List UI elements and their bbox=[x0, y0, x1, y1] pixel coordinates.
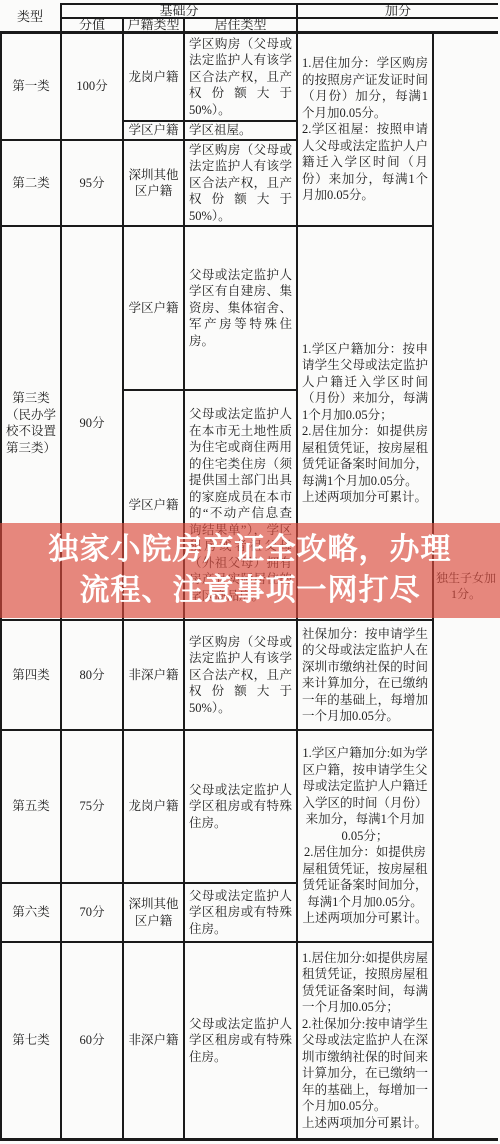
score-cell: 80分 bbox=[61, 620, 123, 730]
category-cell: 第四类 bbox=[0, 620, 61, 730]
category-cell: 第六类 bbox=[0, 883, 61, 942]
header-bonus-group: 加分 bbox=[297, 3, 498, 18]
hukou-cell: 学区户籍 bbox=[123, 226, 184, 390]
hukou-cell: 深圳其他区户籍 bbox=[123, 140, 184, 226]
hukou-cell: 龙岗户籍 bbox=[123, 730, 184, 883]
header-bonus-sub bbox=[297, 18, 498, 33]
residence-cell: 父母或法定监护人学区租房或有特殊住房。 bbox=[184, 730, 297, 883]
header-base-score-group: 基础分 bbox=[61, 3, 297, 18]
score-table-page: 类型 基础分 加分 分值 户籍类型 居住类型 第一类 100分 龙岗户籍 学区购… bbox=[0, 0, 500, 1144]
hukou-cell: 龙岗户籍 bbox=[123, 33, 184, 121]
residence-cell: 学区祖屋。 bbox=[184, 121, 297, 140]
header-score: 分值 bbox=[61, 18, 123, 33]
score-cell: 100分 bbox=[61, 33, 123, 140]
bonus-cell: 1.居住加分:如提供房屋租赁凭证，按照房屋租赁凭证备案时间，每满一个月加0.05… bbox=[297, 942, 433, 1141]
promo-banner-line2: 流程、注意事项一网打尽 bbox=[80, 573, 421, 609]
residence-cell: 父母或法定监护人学区租房或有特殊住房。 bbox=[184, 883, 297, 942]
category-cell: 第五类 bbox=[0, 730, 61, 883]
residence-cell: 学区购房（父母或法定监护人有该学区合法产权，且产权份额大于50%）。 bbox=[184, 620, 297, 730]
hukou-cell: 深圳其他区户籍 bbox=[123, 883, 184, 942]
promo-banner-line1: 独家小院房产证全攻略，办理 bbox=[49, 532, 452, 568]
category-cell: 第二类 bbox=[0, 140, 61, 226]
score-cell: 70分 bbox=[61, 883, 123, 942]
score-cell: 75分 bbox=[61, 730, 123, 883]
hukou-cell: 非深户籍 bbox=[123, 942, 184, 1141]
header-type: 类型 bbox=[0, 3, 61, 33]
score-cell: 95分 bbox=[61, 140, 123, 226]
bonus-cell: 1.学区户籍加分:如为学区户籍，按申请学生父母或法定监护人户籍迁入学区的时间（月… bbox=[297, 730, 433, 942]
hukou-cell: 学区户籍 bbox=[123, 121, 184, 140]
bonus-cell: 1.居住加分：学区购房的按照房产证发证时间（月份）加分，每满1个月加0.05分。… bbox=[297, 33, 433, 226]
header-residence-type: 居住类型 bbox=[184, 18, 297, 33]
score-cell: 60分 bbox=[61, 942, 123, 1141]
bonus-cell: 社保加分：按申请学生的父母或法定监护人在深圳市缴纳社保的时间来计算加分，在已缴纳… bbox=[297, 620, 433, 730]
promo-banner: 独家小院房产证全攻略，办理 流程、注意事项一网打尽 bbox=[0, 523, 500, 618]
residence-cell: 父母或法定监护人学区租房或有特殊住房。 bbox=[184, 942, 297, 1141]
header-hukou-type: 户籍类型 bbox=[123, 18, 184, 33]
hukou-cell: 非深户籍 bbox=[123, 620, 184, 730]
residence-cell: 父母或法定监护人学区有自建房、集资房、集体宿舍、军产房等特殊住房。 bbox=[184, 226, 297, 390]
residence-cell: 学区购房（父母或法定监护人有该学区合法产权，且产权份额大于50%）。 bbox=[184, 33, 297, 121]
category-cell: 第七类 bbox=[0, 942, 61, 1141]
category-cell: 第一类 bbox=[0, 33, 61, 140]
residence-cell: 学区购房（父母或法定监护人有该学区合法产权，且产权份额大于50%）。 bbox=[184, 140, 297, 226]
